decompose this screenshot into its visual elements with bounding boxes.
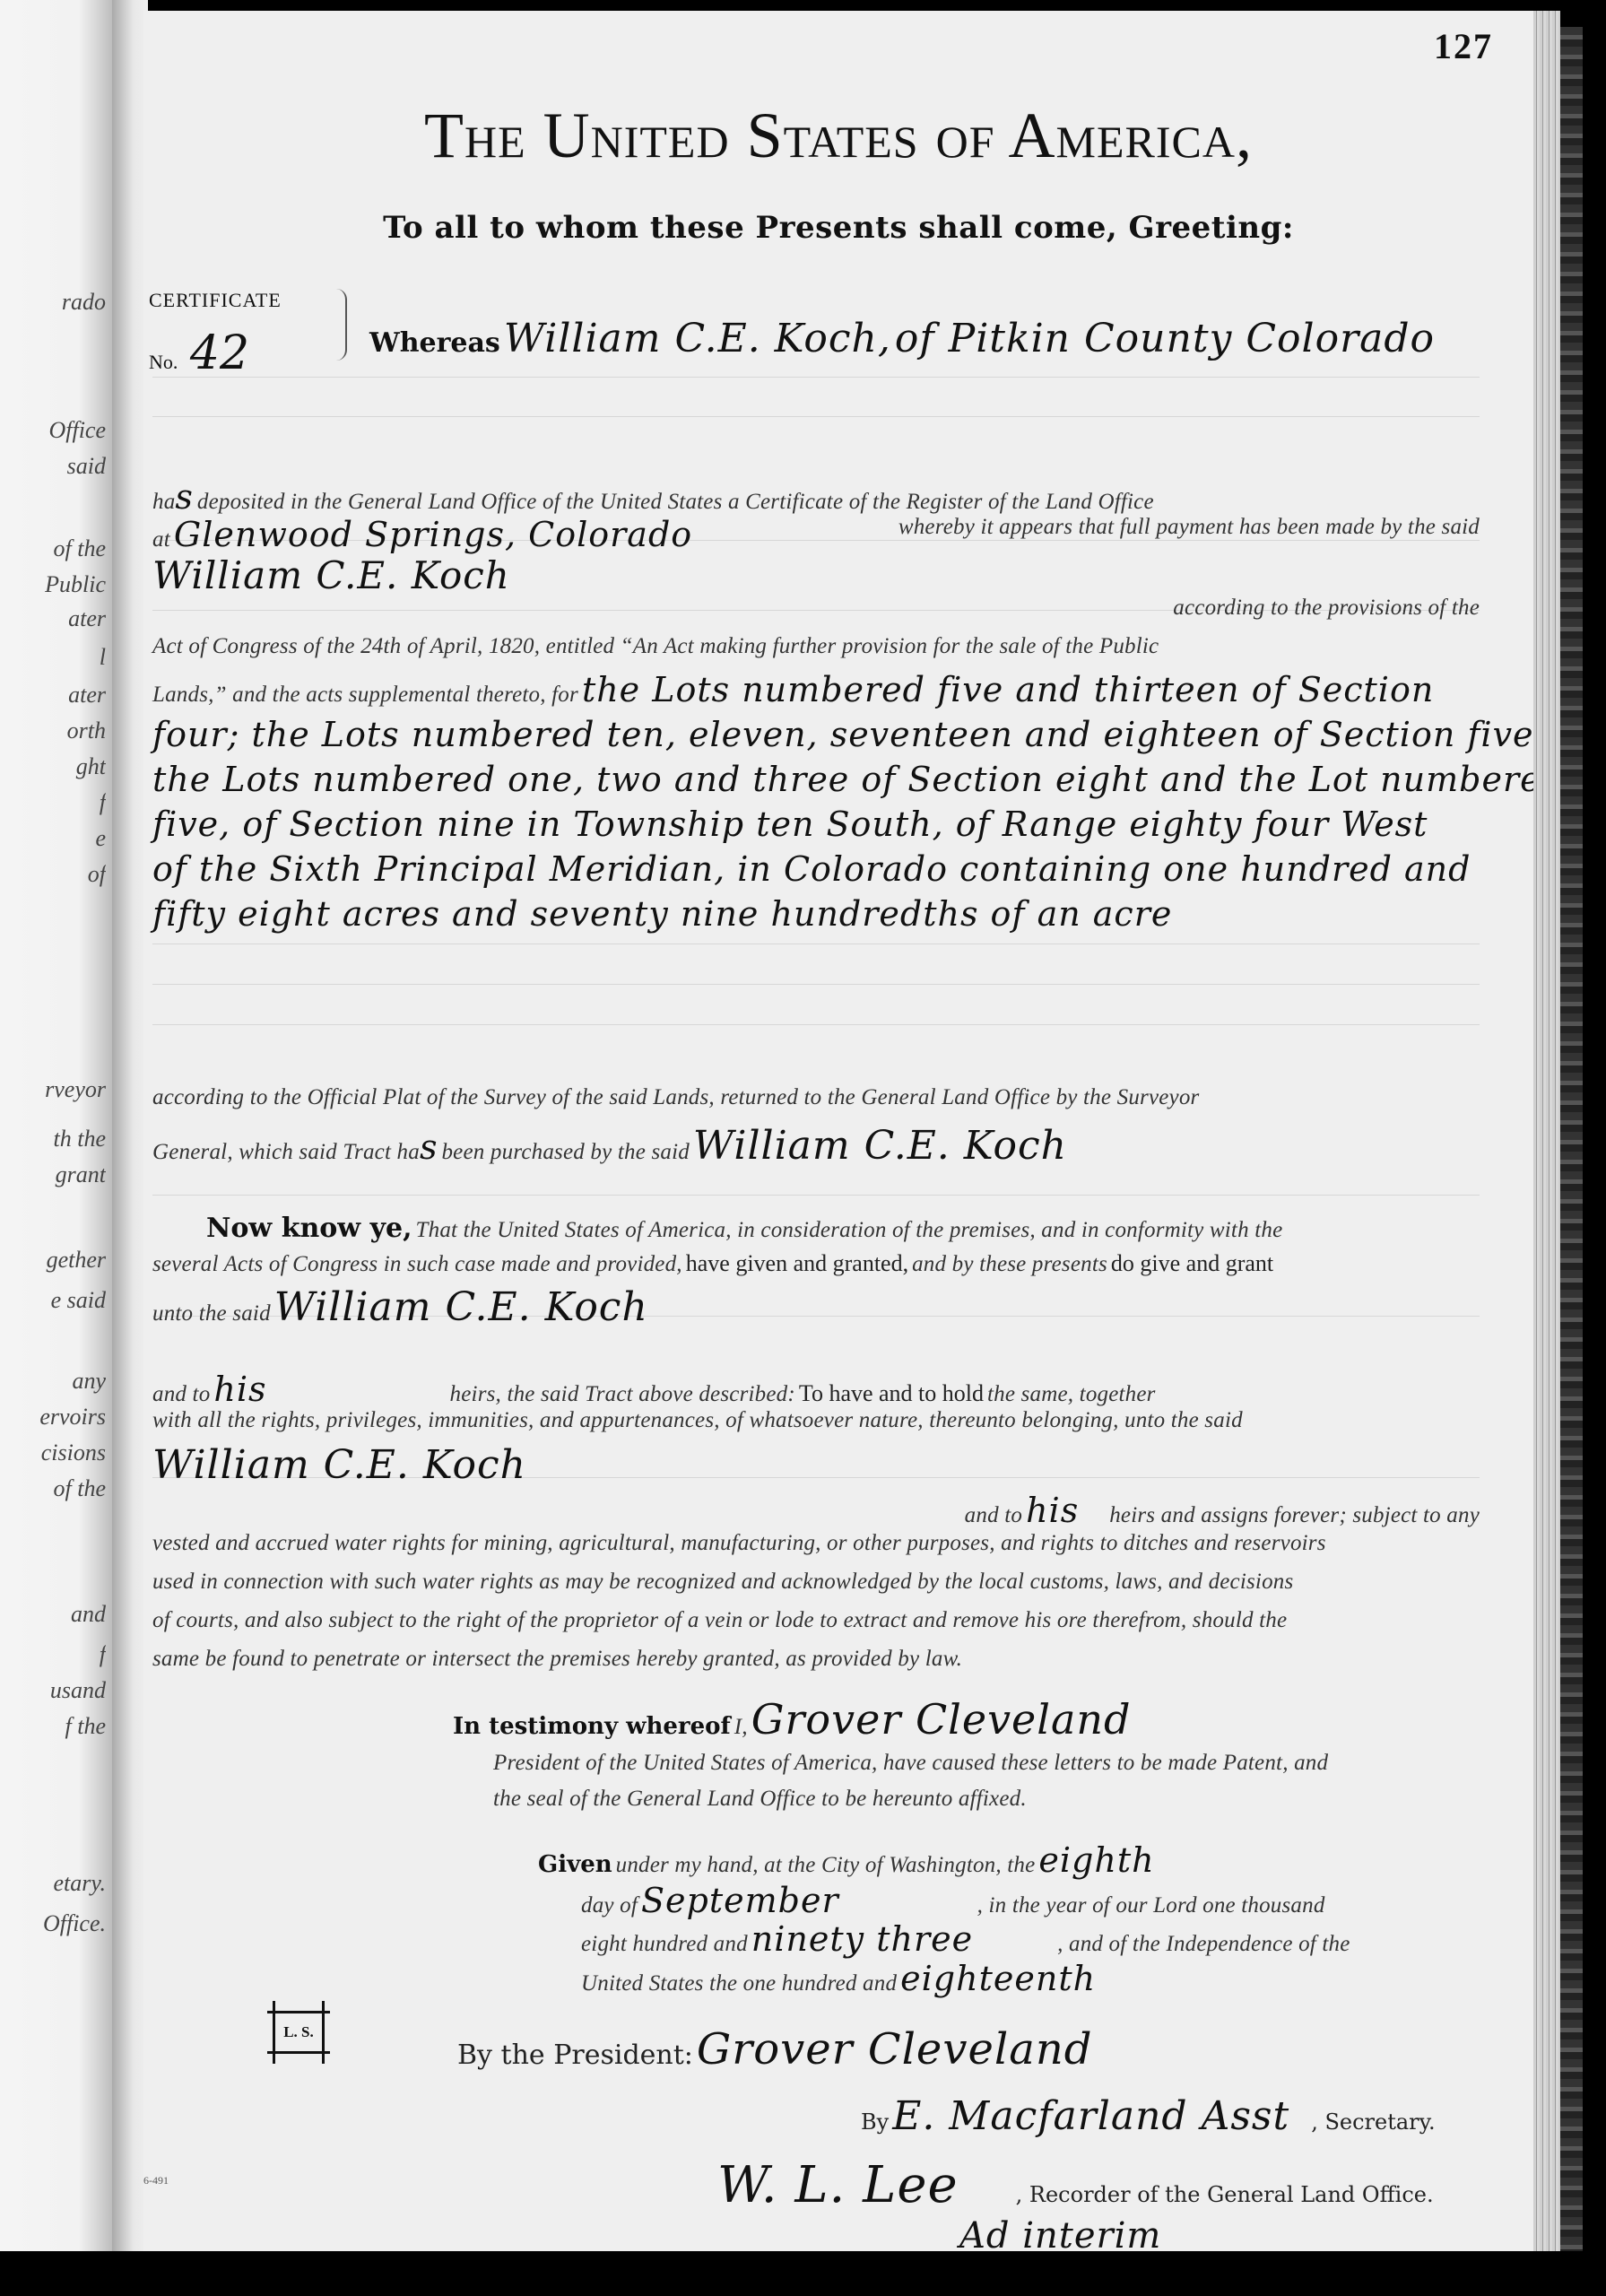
body-text: That the United States of America, in co…: [416, 1218, 1283, 1242]
grantee-name: William C.E. Koch: [152, 1442, 526, 1488]
greeting-line: To all to whom these Presents shall come…: [143, 210, 1533, 246]
body-text: at: [152, 527, 170, 552]
grant-line-4: and to his heirs, the said Tract above d…: [152, 1370, 1480, 1409]
certificate-block: CERTIFICATE No. 42: [149, 289, 282, 380]
certificate-number-row: No. 42: [149, 326, 282, 380]
president-signature: Grover Cleveland: [697, 2024, 1093, 2074]
grantee-name: William C.E. Koch: [693, 1123, 1067, 1169]
facing-page-fragment: f: [0, 1641, 106, 1668]
handwritten-fill: s: [420, 1127, 438, 1167]
given-line-1: Given under my hand, at the City of Wash…: [538, 1840, 1606, 1880]
facing-page-fragment: rveyor: [0, 1076, 106, 1103]
given-line-4: United States the one hundred and eighte…: [581, 1959, 1606, 1998]
grant-line-2: several Acts of Congress in such case ma…: [152, 1250, 1480, 1277]
independence-year: eighteenth: [900, 1959, 1096, 1998]
whereas-line: Whereas William C.E. Koch, of Pitkin Cou…: [369, 316, 1606, 361]
body-text: the same, together: [987, 1382, 1156, 1406]
body-text: the seal of the General Land Office to b…: [493, 1787, 1027, 1811]
by-president-label: By the President:: [457, 2039, 693, 2071]
land-description: the Lots numbered one, two and three of …: [152, 760, 1564, 799]
ruled-line: [152, 416, 1480, 417]
land-office-location: Glenwood Springs, Colorado: [174, 515, 692, 554]
grant-lead: Now know ye,: [206, 1213, 412, 1244]
body-text: , in the year of our Lord one thousand: [977, 1893, 1325, 1918]
body-text: President of the United States of Americ…: [493, 1751, 1328, 1775]
facing-page-fragment: ervoirs: [0, 1404, 106, 1431]
facing-page-fragment: orth: [0, 717, 106, 744]
page-stack-edge: [1533, 11, 1560, 2253]
condition-line: vested and accrued water rights for mini…: [152, 1531, 1480, 1556]
condition-line: same be found to penetrate or intersect …: [152, 1647, 1480, 1672]
land-description: of the Sixth Principal Meridian, in Colo…: [152, 849, 1471, 889]
land-description-line: of the Sixth Principal Meridian, in Colo…: [152, 849, 1480, 889]
body-line-2: at Glenwood Springs, Colorado whereby it…: [152, 515, 1480, 554]
recorder-label: , Recorder of the General Land Office.: [1016, 2182, 1434, 2207]
recorder-line: W. L. Lee , Recorder of the General Land…: [717, 2156, 1606, 2214]
grantee-name: William C.E. Koch: [274, 1284, 648, 1330]
president-name: Grover Cleveland: [751, 1695, 1132, 1744]
facing-page-fragment: any: [0, 1368, 106, 1395]
body-line-4: according to the provisions of the: [152, 596, 1480, 621]
facing-page-fragment: and: [0, 1601, 106, 1628]
date-day: eighth: [1038, 1840, 1154, 1880]
facing-page-fragment: l: [0, 644, 106, 671]
given-line-3: eight hundred and ninety three , and of …: [581, 1919, 1606, 1959]
body-text: General, which said Tract ha: [152, 1140, 420, 1164]
facing-page-fragment: cisions: [0, 1439, 106, 1466]
body-text: ha: [152, 490, 175, 514]
body-text: heirs, the said Tract above described:: [450, 1382, 795, 1406]
facing-page-fragment: usand: [0, 1677, 106, 1704]
facing-page-fragment: of the: [0, 535, 106, 562]
land-description-line: the Lots numbered one, two and three of …: [152, 760, 1480, 799]
grantee-name: William C.E. Koch: [152, 553, 510, 597]
given-lead: Given: [538, 1851, 612, 1878]
document-title: The United States of America,: [143, 99, 1533, 173]
facing-page-fragment: Public: [0, 571, 106, 598]
grant-line-5: with all the rights, privileges, immunit…: [152, 1408, 1480, 1433]
body-text: United States the one hundred and: [581, 1971, 897, 1996]
body-text: been purchased by the said: [441, 1140, 689, 1164]
testimony-line-2: President of the United States of Americ…: [493, 1751, 1606, 1776]
plat-line-2: General, which said Tract has been purch…: [152, 1123, 1480, 1169]
testimony-lead: In testimony whereof: [453, 1713, 731, 1740]
date-month: September: [641, 1881, 839, 1920]
facing-page-fragment: etary.: [0, 1870, 106, 1897]
grant-line-6: William C.E. Koch: [152, 1442, 1480, 1488]
land-description: four; the Lots numbered ten, eleven, sev…: [152, 715, 1546, 754]
body-text: deposited in the General Land Office of …: [197, 490, 1154, 514]
form-number: 6-491: [143, 2174, 169, 2187]
facing-page-fragment: rado: [0, 289, 106, 316]
page-number: 127: [1434, 25, 1493, 67]
grantee-residence: of Pitkin County Colorado: [895, 316, 1435, 361]
facing-page-fragment: of: [0, 861, 106, 888]
facing-page-fragment: f the: [0, 1713, 106, 1740]
body-text: under my hand, at the City of Washington…: [616, 1853, 1036, 1877]
body-text: and to: [965, 1503, 1022, 1527]
whereas-lead: Whereas: [369, 327, 500, 359]
ruled-line: [152, 944, 1480, 944]
land-description-line: fifty eight acres and seventy nine hundr…: [152, 894, 1480, 934]
grantee-name: William C.E. Koch,: [504, 316, 891, 361]
body-text: according to the provisions of the: [1173, 596, 1480, 620]
facing-page-fragment: th the: [0, 1126, 106, 1152]
body-text: whereby it appears that full payment has…: [898, 515, 1480, 540]
condition-line: used in connection with such water right…: [152, 1570, 1480, 1595]
book-gutter: [112, 0, 148, 2256]
grant-line-1: Now know ye, That the United States of A…: [206, 1213, 1533, 1244]
body-text: with all the rights, privileges, immunit…: [152, 1408, 1243, 1432]
secretary-line: By E. Macfarland Asst , Secretary.: [861, 2093, 1606, 2139]
certificate-label: CERTIFICATE: [149, 289, 282, 312]
facing-page-fragment: f: [0, 789, 106, 816]
testimony-line-3: the seal of the General Land Office to b…: [493, 1787, 1606, 1812]
grant-line-3: unto the said William C.E. Koch: [152, 1284, 1480, 1330]
body-line-5: Act of Congress of the 24th of April, 18…: [152, 634, 1480, 659]
facing-page-fragment: Office: [0, 417, 106, 444]
testimony-line-1: In testimony whereof I, Grover Cleveland: [453, 1695, 1606, 1744]
book-cover-edge: [1560, 27, 1583, 2251]
land-description-line: four; the Lots numbered ten, eleven, sev…: [152, 715, 1480, 754]
facing-page-fragment: grant: [0, 1161, 106, 1188]
facing-page: radoOfficesaidof thePublicaterlaterorthg…: [0, 0, 112, 2251]
facing-page-fragment: ater: [0, 682, 106, 709]
by-president-line: By the President: Grover Cleveland: [457, 2024, 1606, 2074]
background-shadow: [0, 2251, 1606, 2296]
body-text: vested and accrued water rights for mini…: [152, 1531, 1326, 1555]
handwritten-fill: his: [213, 1370, 266, 1409]
facing-page-fragment: gether: [0, 1247, 106, 1274]
body-text: of courts, and also subject to the right…: [152, 1608, 1287, 1632]
facing-page-fragment: e: [0, 825, 106, 852]
body-text: Act of Congress of the 24th of April, 18…: [152, 634, 1159, 658]
body-text: used in connection with such water right…: [152, 1570, 1293, 1594]
body-text: several Acts of Congress in such case ma…: [152, 1252, 682, 1276]
body-text: and to: [152, 1382, 210, 1406]
land-description: fifty eight acres and seventy nine hundr…: [152, 894, 1172, 934]
body-text-roman: have given and granted,: [686, 1250, 908, 1276]
body-text: according to the Official Plat of the Su…: [152, 1085, 1199, 1109]
facing-page-fragment: Office.: [0, 1910, 106, 1937]
recorder-signature: W. L. Lee: [717, 2156, 959, 2214]
body-text-roman: To have and to hold: [799, 1380, 984, 1406]
body-text: and by these presents: [912, 1252, 1107, 1276]
body-text: eight hundred and: [581, 1932, 748, 1956]
body-line-3: William C.E. Koch: [152, 553, 1480, 597]
facing-page-fragment: of the: [0, 1475, 106, 1502]
certificate-no-label: No.: [149, 351, 178, 373]
body-text-roman: do give and grant: [1111, 1250, 1273, 1276]
body-line-6: Lands,” and the acts supplemental theret…: [152, 670, 1480, 709]
date-year: ninety three: [751, 1919, 973, 1959]
plat-line-1: according to the Official Plat of the Su…: [152, 1085, 1480, 1110]
ruled-line: [152, 377, 1480, 378]
grant-line-7: and to his heirs and assigns forever; su…: [152, 1491, 1480, 1530]
body-text: heirs and assigns forever; subject to an…: [1109, 1503, 1480, 1527]
facing-page-fragment: said: [0, 453, 106, 480]
ruled-line: [152, 984, 1480, 985]
body-line-1: has deposited in the General Land Office…: [152, 477, 1480, 517]
seal-placeholder: L. S.: [267, 2011, 330, 2054]
body-text: same be found to penetrate or intersect …: [152, 1647, 962, 1671]
body-text: Lands,” and the acts supplemental theret…: [152, 683, 578, 707]
by-label: By: [861, 2109, 889, 2135]
body-text: unto the said: [152, 1301, 271, 1326]
land-description: the Lots numbered five and thirteen of S…: [582, 670, 1434, 709]
secretary-signature: E. Macfarland Asst: [892, 2093, 1289, 2139]
ruled-line: [152, 1024, 1480, 1025]
facing-page-fragment: e said: [0, 1287, 106, 1314]
given-line-2: day of September , in the year of our Lo…: [581, 1881, 1606, 1920]
patent-page: 127 The United States of America, To all…: [143, 11, 1533, 2253]
certificate-number: 42: [190, 326, 249, 380]
facing-page-fragment: ght: [0, 753, 106, 780]
facing-page-fragment: ater: [0, 605, 106, 632]
condition-line: of courts, and also subject to the right…: [152, 1608, 1480, 1633]
certificate-brace: [336, 289, 347, 361]
body-text: I,: [734, 1715, 748, 1739]
secretary-label: , Secretary.: [1311, 2109, 1435, 2135]
land-description: five, of Section nine in Township ten So…: [152, 804, 1428, 844]
handwritten-fill: his: [1026, 1491, 1079, 1530]
body-text: , and of the Independence of the: [1057, 1932, 1350, 1956]
handwritten-fill: s: [175, 477, 194, 517]
ruled-line: [152, 1195, 1480, 1196]
land-description-line: five, of Section nine in Township ten So…: [152, 804, 1480, 844]
body-text: day of: [581, 1893, 638, 1918]
